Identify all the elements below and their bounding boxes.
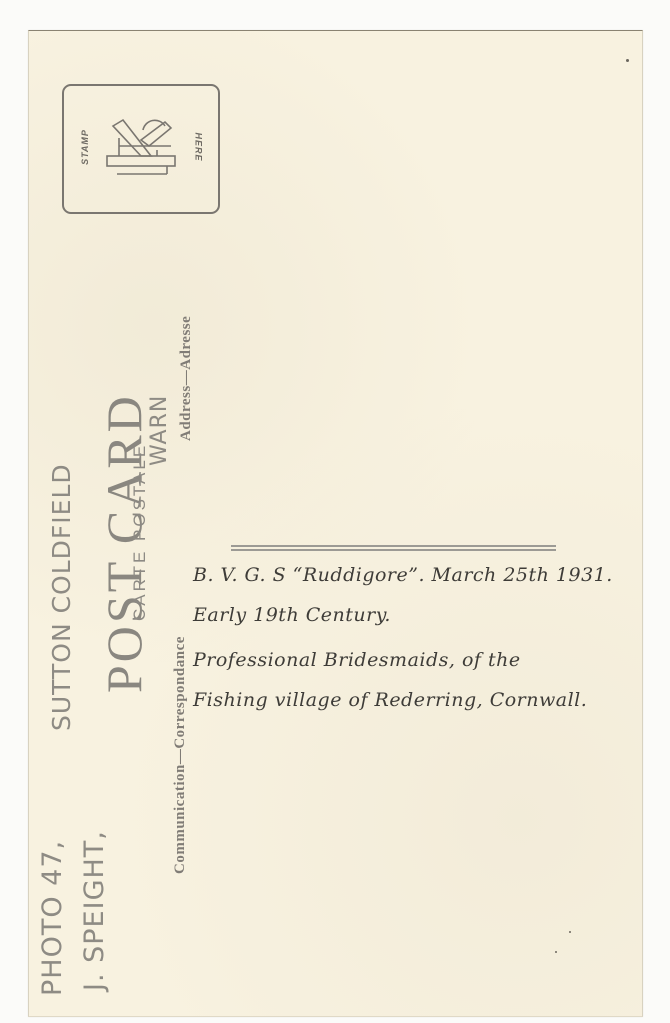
paper-speck bbox=[569, 931, 571, 933]
lk-monogram-icon bbox=[101, 112, 181, 182]
ink-line-3: Professional Bridesmaids, of the bbox=[193, 651, 521, 670]
paper-speck bbox=[626, 59, 629, 62]
pencil-warn-note: WARN bbox=[149, 395, 171, 466]
pencil-location: SUTTON COLDFIELD bbox=[49, 463, 74, 731]
stamp-box: STAMP HERE bbox=[62, 84, 220, 214]
page: STAMP HERE POST CARD CARTE POSTALE bbox=[0, 0, 670, 1023]
here-label: HERE bbox=[193, 132, 203, 161]
ink-line-4: Fishing village of Rederring, Cornwall. bbox=[193, 691, 587, 710]
ink-line-1: B. V. G. S “Ruddigore”. March 25th 1931. bbox=[193, 566, 613, 585]
pencil-photographer: J. SPEIGHT, bbox=[81, 830, 108, 991]
carte-postale-subtitle: CARTE POSTALE bbox=[131, 443, 148, 621]
stamp-label: STAMP bbox=[80, 129, 90, 165]
address-label: Address—Adresse bbox=[179, 316, 194, 441]
communication-label: Communication—Correspondance bbox=[173, 636, 188, 874]
paper-speck bbox=[555, 951, 557, 953]
postcard-back: STAMP HERE POST CARD CARTE POSTALE bbox=[28, 30, 643, 1017]
ink-line-2: Early 19th Century. bbox=[193, 606, 391, 625]
double-rule-divider bbox=[231, 545, 556, 551]
pencil-photo-number: PHOTO 47, bbox=[39, 840, 66, 996]
